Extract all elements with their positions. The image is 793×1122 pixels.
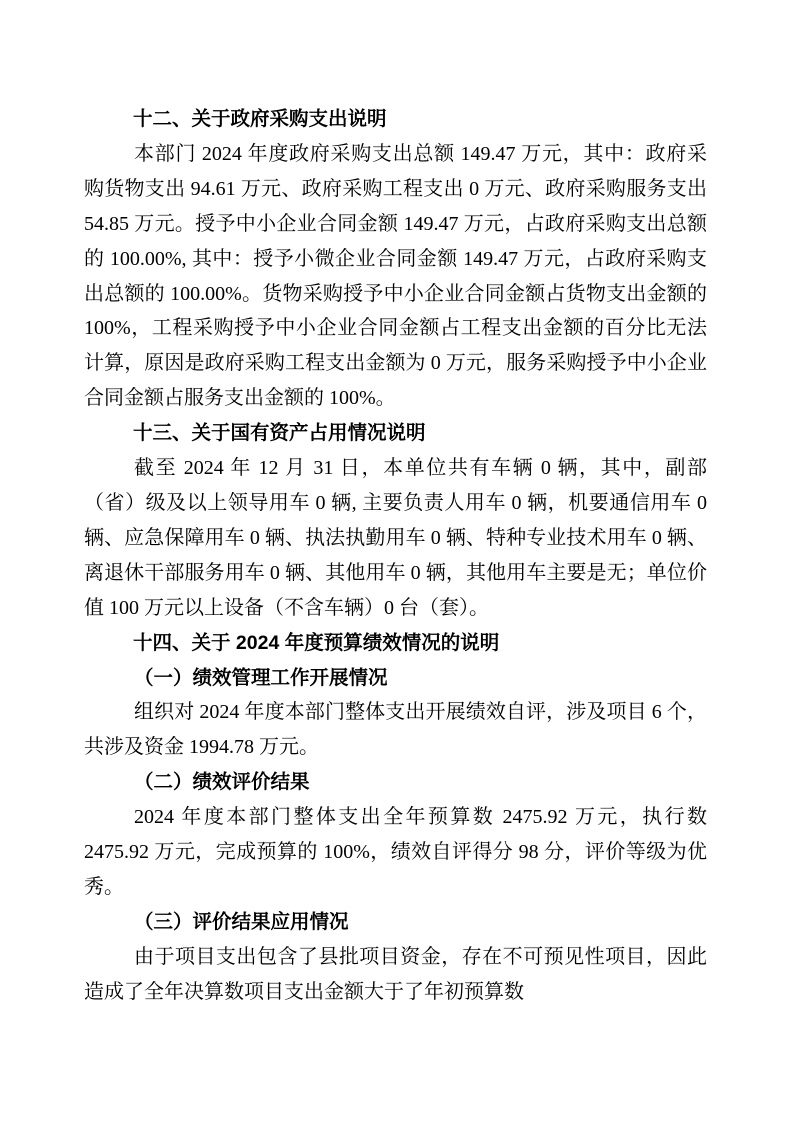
section-3-subheading: （三）评价结果应用情况 — [84, 905, 707, 940]
document-page: 十二、关于政府采购支出说明本部门 2024 年度政府采购支出总额 149.47 … — [0, 0, 793, 1122]
document-content: 十二、关于政府采购支出说明本部门 2024 年度政府采购支出总额 149.47 … — [84, 102, 707, 1010]
section-3: 十四、关于 2024 年度预算绩效情况的说明（一）绩效管理工作开展情况组织对 2… — [84, 626, 707, 1010]
section-1-paragraph: 本部门 2024 年度政府采购支出总额 149.47 万元，其中：政府采购货物支… — [84, 137, 707, 416]
section-2-heading: 十三、关于国有资产占用情况说明 — [84, 416, 707, 451]
section-3-paragraph: 由于项目支出包含了县批项目资金，存在不可预见性项目，因此造成了全年决算数项目支出… — [84, 940, 707, 1010]
section-2: 十三、关于国有资产占用情况说明截至 2024 年 12 月 31 日，本单位共有… — [84, 416, 707, 625]
section-3-paragraph: 组织对 2024 年度本部门整体支出开展绩效自评，涉及项目 6 个，共涉及资金 … — [84, 695, 707, 765]
section-3-subheading: （一）绩效管理工作开展情况 — [84, 661, 707, 696]
section-3-paragraph: 2024 年度本部门整体支出全年预算数 2475.92 万元，执行数 2475.… — [84, 800, 707, 905]
section-3-heading: 十四、关于 2024 年度预算绩效情况的说明 — [84, 626, 707, 661]
section-3-subheading: （二）绩效评价结果 — [84, 765, 707, 800]
section-1-heading: 十二、关于政府采购支出说明 — [84, 102, 707, 137]
section-1: 十二、关于政府采购支出说明本部门 2024 年度政府采购支出总额 149.47 … — [84, 102, 707, 416]
section-2-paragraph: 截至 2024 年 12 月 31 日，本单位共有车辆 0 辆，其中，副部（省）… — [84, 451, 707, 626]
